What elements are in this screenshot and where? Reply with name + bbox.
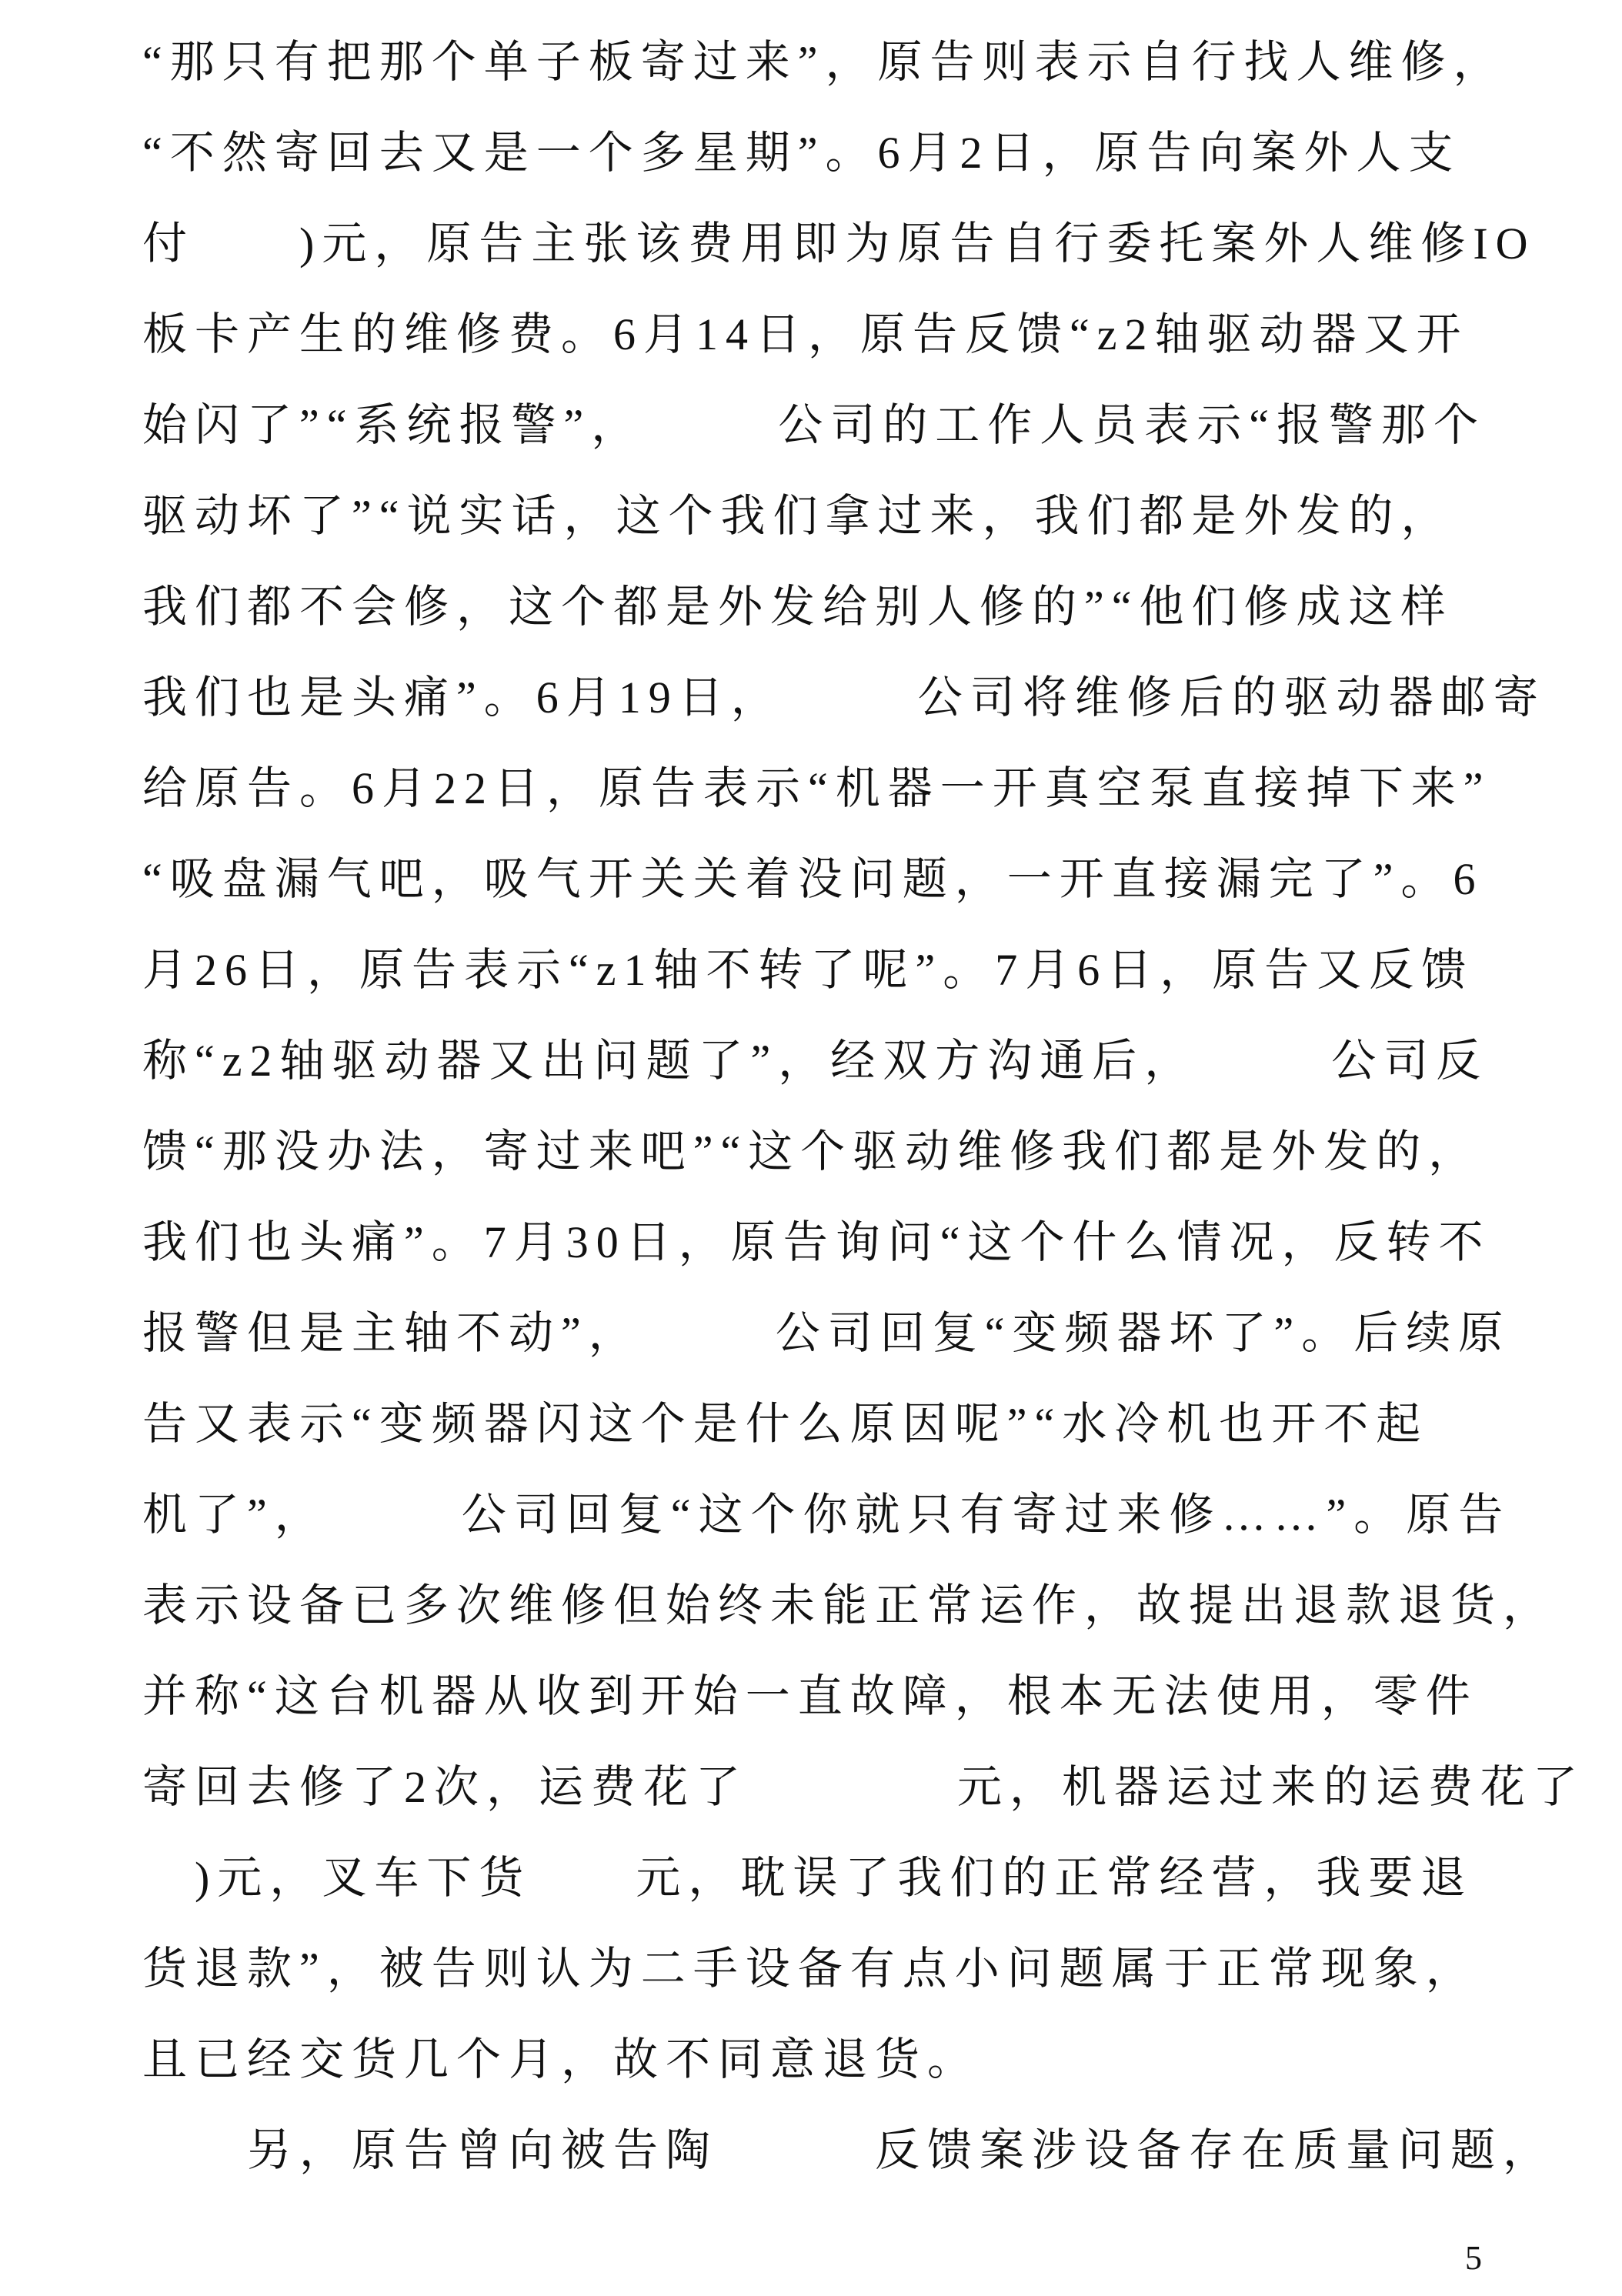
- text-line: 表示设备已多次维修但始终未能正常运作，故提出退款退货，: [142, 1560, 1527, 1651]
- text-line: “不然寄回去又是一个多星期”。6月2日，原告向案外人支: [142, 108, 1527, 199]
- text-line: 并称“这台机器从收到开始一直故障，根本无法使用，零件: [142, 1651, 1527, 1742]
- text-line: 另，原告曾向被告陶 反馈案涉设备存在质量问题，: [142, 2105, 1527, 2196]
- text-line: 馈“那没办法，寄过来吧”“这个驱动维修我们都是外发的，: [142, 1106, 1527, 1197]
- text-line: )元，叉车下货 元，耽误了我们的正常经营，我要退: [142, 1833, 1527, 1924]
- text-line: 货退款”，被告则认为二手设备有点小问题属于正常现象，: [142, 1924, 1527, 2014]
- text-line: 给原告。6月22日，原告表示“机器一开真空泵直接掉下来”: [142, 743, 1527, 834]
- text-line: 我们也是头痛”。6月19日， 公司将维修后的驱动器邮寄: [142, 652, 1527, 743]
- page-number: 5: [1465, 2238, 1482, 2278]
- text-line: 月26日，原告表示“z1轴不转了呢”。7月6日，原告又反馈: [142, 925, 1527, 1016]
- text-line: 板卡产生的维修费。6月14日，原告反馈“z2轴驱动器又开: [142, 289, 1527, 380]
- text-line: “吸盘漏气吧，吸气开关关着没问题，一开直接漏完了”。6: [142, 834, 1527, 925]
- text-line: 告又表示“变频器闪这个是什么原因呢”“水冷机也开不起: [142, 1379, 1527, 1470]
- text-line: 驱动坏了”“说实话，这个我们拿过来，我们都是外发的，: [142, 471, 1527, 562]
- text-line: 报警但是主轴不动”， 公司回复“变频器坏了”。后续原: [142, 1288, 1527, 1379]
- body-text: “那只有把那个单子板寄过来”，原告则表示自行找人维修，“不然寄回去又是一个多星期…: [142, 17, 1527, 2196]
- text-line: 付 )元，原告主张该费用即为原告自行委托案外人维修IO: [142, 199, 1527, 289]
- text-line: 寄回去修了2次，运费花了 元，机器运过来的运费花了: [142, 1742, 1527, 1833]
- text-line: 且已经交货几个月，故不同意退货。: [142, 2014, 1527, 2105]
- text-line: 始闪了”“系统报警”， 公司的工作人员表示“报警那个: [142, 380, 1527, 471]
- text-line: 我们都不会修，这个都是外发给别人修的”“他们修成这样: [142, 562, 1527, 652]
- text-line: 我们也头痛”。7月30日，原告询问“这个什么情况，反转不: [142, 1197, 1527, 1288]
- text-line: “那只有把那个单子板寄过来”，原告则表示自行找人维修，: [142, 17, 1527, 108]
- text-line: 机了”， 公司回复“这个你就只有寄过来修……”。原告: [142, 1470, 1527, 1560]
- text-line: 称“z2轴驱动器又出问题了”，经双方沟通后， 公司反: [142, 1016, 1527, 1106]
- document-page: “那只有把那个单子板寄过来”，原告则表示自行找人维修，“不然寄回去又是一个多星期…: [0, 0, 1622, 2296]
